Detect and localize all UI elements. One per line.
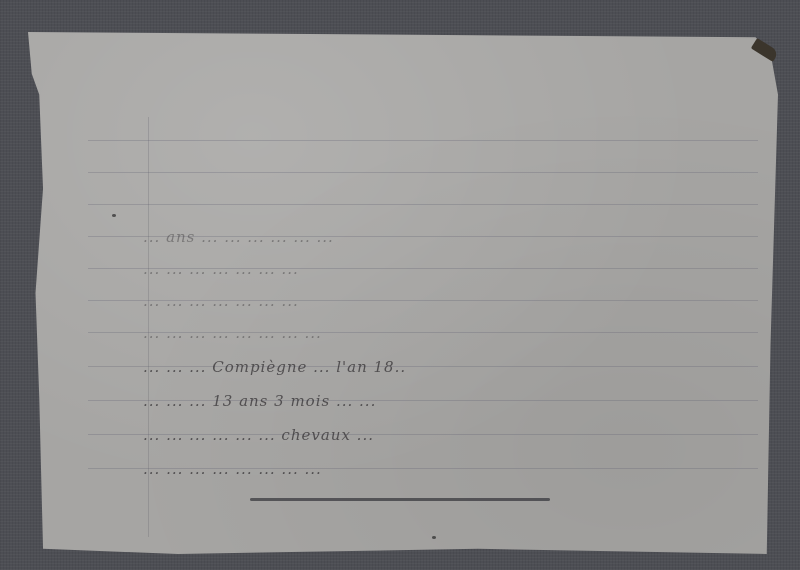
handwritten-document: ... ans ... ... ... ... ... ... ... ... …	[28, 32, 778, 554]
ruled-line	[88, 172, 758, 173]
closing-underline	[250, 498, 550, 501]
handwriting-line: ... ... ... ... ... ... ... ...	[143, 460, 738, 478]
ruled-line	[88, 140, 758, 141]
ink-spot	[112, 214, 116, 217]
handwriting-line: ... ... ... ... ... ... ...	[143, 260, 738, 278]
handwriting-line: ... ... ... ... ... ... chevaux ...	[143, 426, 738, 444]
handwriting-line: ... ... ... ... ... ... ...	[143, 292, 738, 310]
handwriting-line: ... ans ... ... ... ... ... ...	[143, 228, 738, 246]
handwriting-line: ... ... ... Compiègne ... l'an 18..	[143, 358, 738, 376]
ruled-line	[88, 204, 758, 205]
ink-spot	[432, 536, 436, 539]
handwriting-line: ... ... ... 13 ans 3 mois ... ...	[143, 392, 738, 410]
handwriting-line: ... ... ... ... ... ... ... ...	[143, 324, 738, 342]
